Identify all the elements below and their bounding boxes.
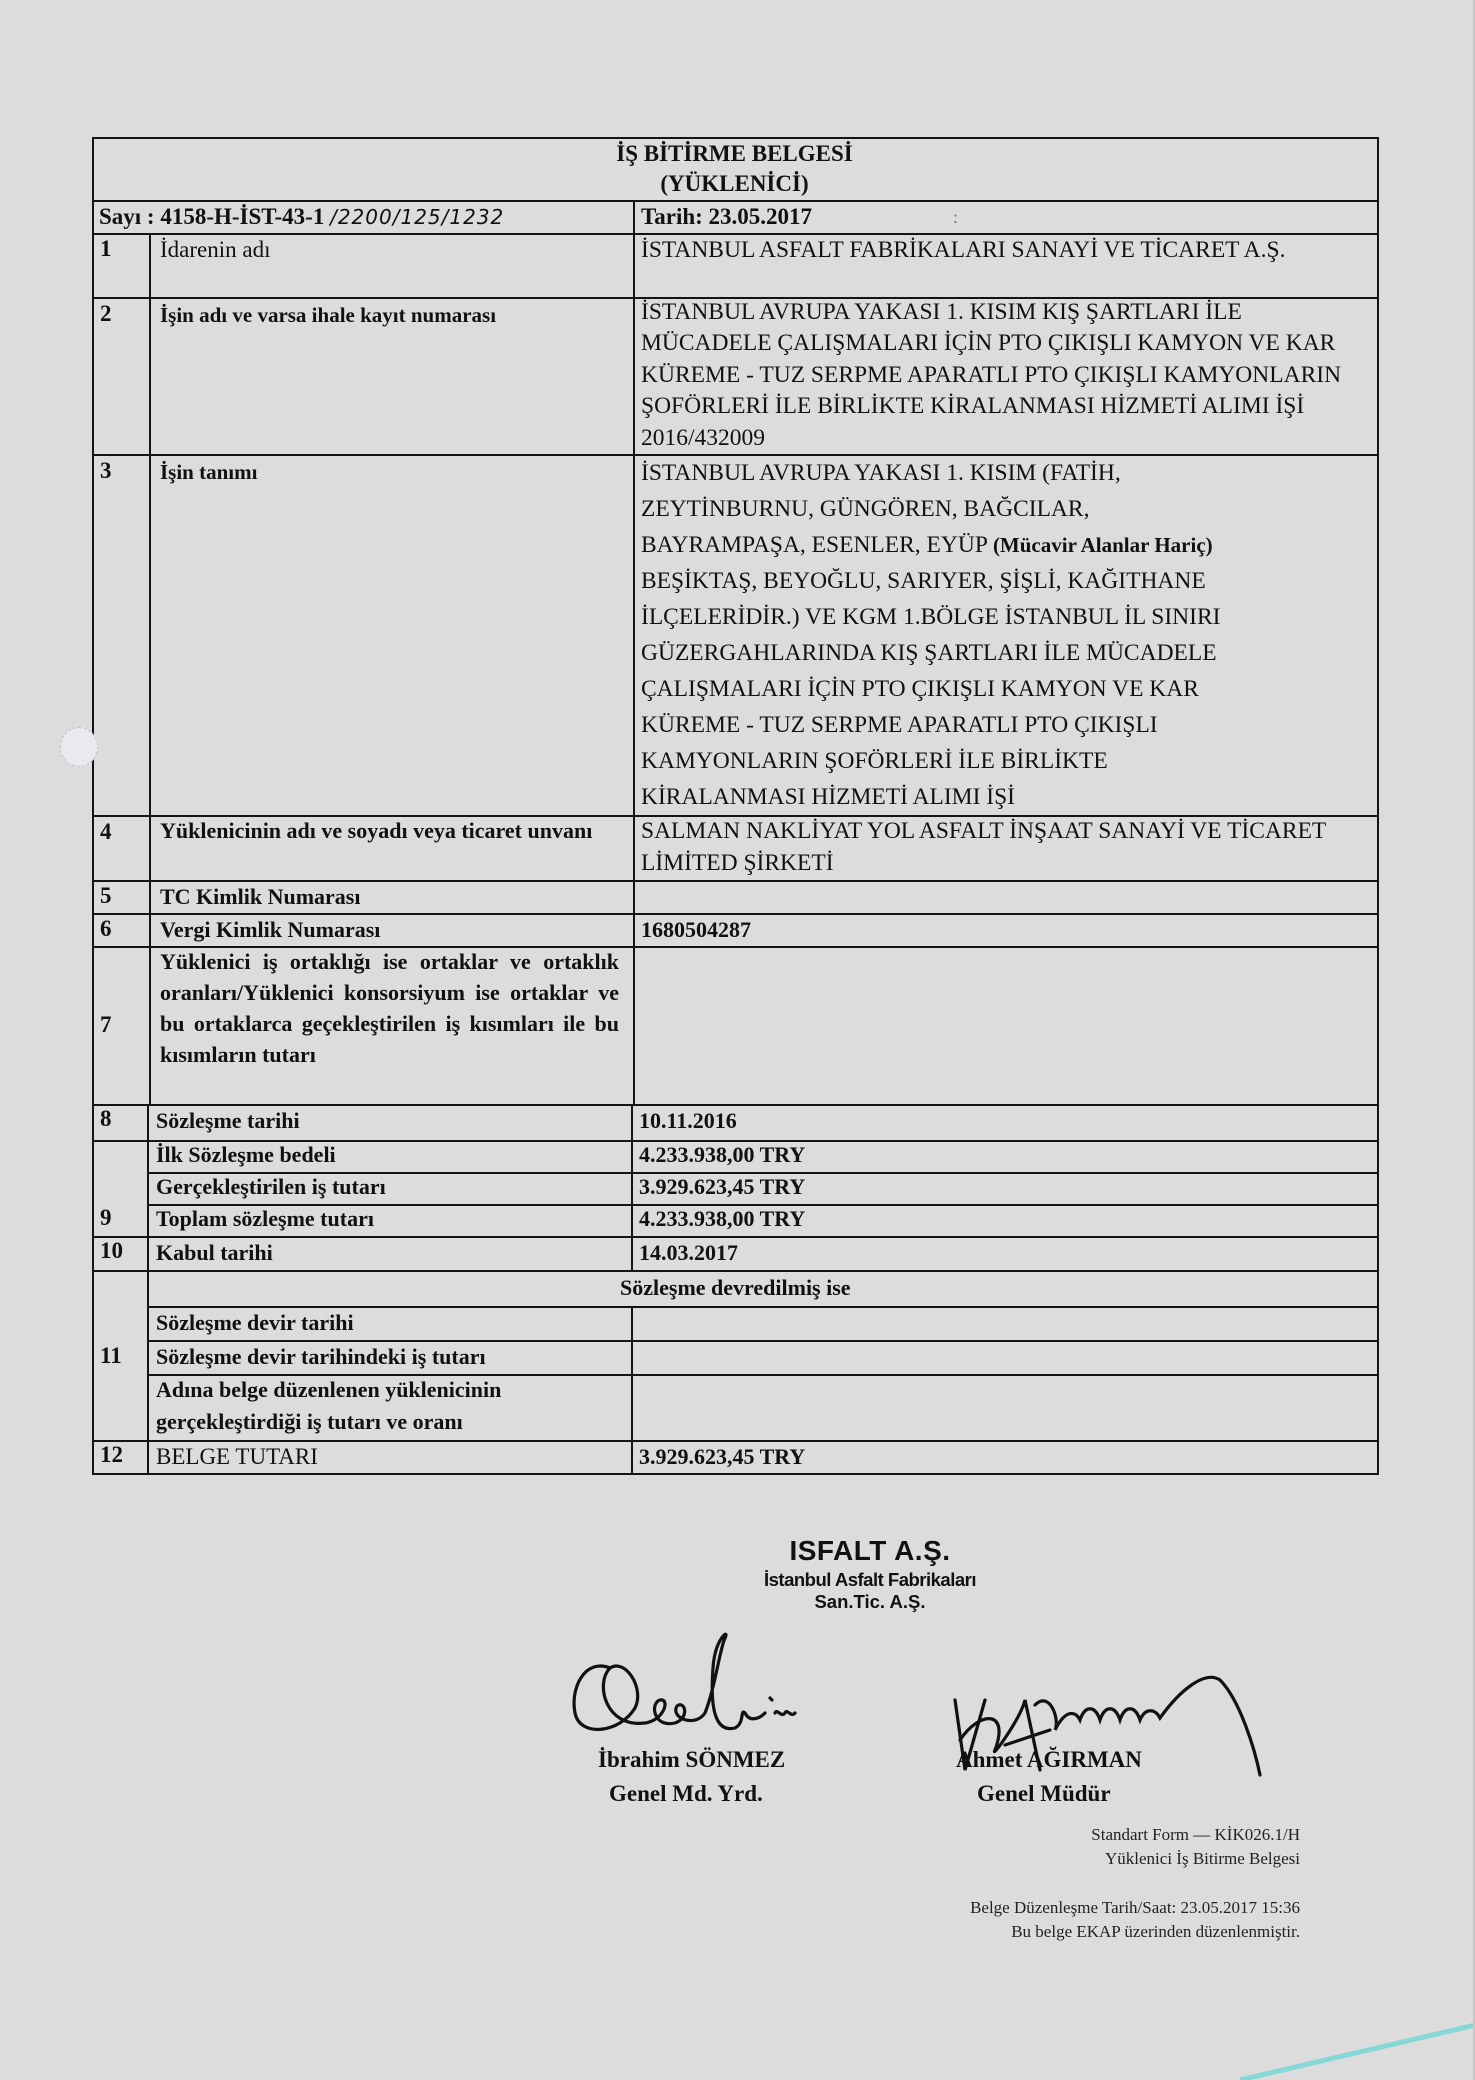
page-edge (0, 0, 1475, 2080)
